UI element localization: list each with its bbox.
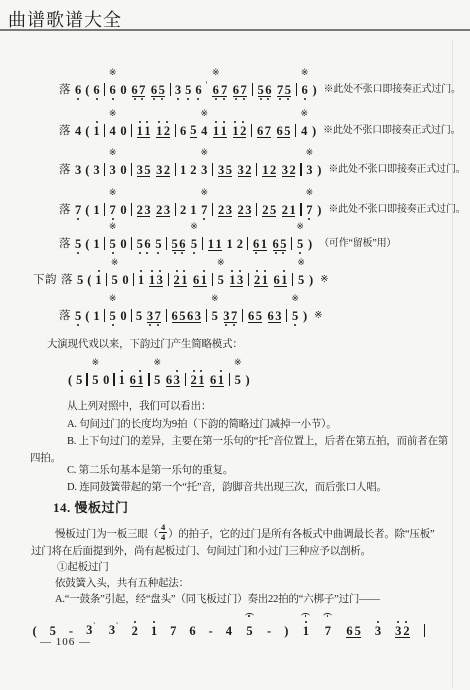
octave-dot-below-slot <box>197 97 199 101</box>
note: 3 <box>75 148 81 181</box>
octave-dot-above <box>166 121 168 123</box>
octave-dot-above <box>140 270 142 272</box>
note-digit: 3 <box>137 163 143 177</box>
note-digit: 1 <box>93 124 99 138</box>
note: 1 <box>198 358 204 391</box>
beam-group: 25 <box>261 188 277 221</box>
octave-dot-below-slot <box>299 251 301 255</box>
reference-mark: ※ <box>109 222 117 233</box>
note-digit: 0 <box>120 124 126 138</box>
octave-dot-below <box>223 98 225 100</box>
octave-dot-below <box>146 252 148 254</box>
note-digit: 3 <box>375 624 381 638</box>
note: 1 <box>144 109 150 142</box>
note: ) <box>284 609 288 642</box>
note-digit: 5 <box>112 273 118 287</box>
note: ※7 <box>109 188 117 221</box>
beam-group: 65 <box>272 222 288 255</box>
note-digit: 1 <box>229 273 235 287</box>
note-digit: 7 <box>155 309 161 323</box>
barline <box>166 237 167 250</box>
octave-dot-below <box>177 98 179 100</box>
note-digit: ( <box>85 163 89 177</box>
note: 5 <box>75 222 81 255</box>
note-digit: 1 <box>221 124 227 138</box>
barline <box>229 373 230 386</box>
note-digit: 6 <box>195 83 201 97</box>
note: 1 <box>190 188 196 221</box>
note-digit: 2 <box>164 163 170 177</box>
barline <box>175 163 176 176</box>
octave-dot-below <box>149 324 151 326</box>
note: 2 <box>174 258 180 291</box>
paragraph-manban-line1: 慢板过门为一板三眼（ 4 4 ）的拍子，它的过门是所有各板式中曲调最长者。除“压… <box>55 524 434 544</box>
note: 5 <box>179 294 185 327</box>
note-digit: 1 <box>303 624 309 638</box>
note-digit: 6 <box>277 124 283 138</box>
octave-dot-below-slot <box>141 97 143 101</box>
note: 6 <box>130 358 136 391</box>
note: 6 <box>233 68 239 101</box>
octave-dot-below-slot <box>215 97 217 101</box>
note-digit: ) <box>312 124 316 138</box>
note: 7 <box>75 188 81 221</box>
barline-token <box>170 68 171 101</box>
beam-group: 35 <box>136 148 152 181</box>
notation-line-luo4: 落4(1※40111265※411126765※4)※此处不张口即接奏正式过门。 <box>57 108 462 142</box>
note-digit: 1 <box>119 373 125 387</box>
octave-dot-above <box>139 121 141 123</box>
octave-dot-above <box>405 621 407 623</box>
barline-token <box>104 109 105 142</box>
text-item-b-line2: 四拍。 <box>30 452 61 466</box>
reference-mark: ※ <box>217 258 225 269</box>
barline <box>104 83 105 96</box>
octave-dot-above <box>98 270 100 272</box>
note: 1 <box>93 188 99 221</box>
beam-group: 67 <box>131 68 147 101</box>
note: 0 <box>103 358 109 391</box>
note-digit: 2 <box>164 124 170 138</box>
note-digit: 3 <box>226 203 232 217</box>
barline <box>212 163 213 176</box>
note: 1 <box>149 258 155 291</box>
note: 1 <box>93 109 99 142</box>
beam-group: 21 <box>190 358 206 391</box>
octave-dot-below-slot <box>255 251 257 255</box>
note-digit: 3 <box>218 163 224 177</box>
notation-text: 落 <box>59 203 71 217</box>
note: 2 <box>262 188 268 221</box>
note: ) <box>246 358 250 391</box>
reference-mark: ※ <box>234 358 242 369</box>
octave-dot-above <box>215 121 217 123</box>
note: 2 <box>245 148 251 181</box>
reference-mark: ※ <box>296 222 304 233</box>
barline <box>212 273 213 286</box>
beam-group: 21 <box>173 258 189 291</box>
note-digit: 7 <box>201 203 207 217</box>
octave-dot-below-slot <box>193 251 195 255</box>
note: ※3 <box>201 148 209 181</box>
barline-token <box>185 358 186 391</box>
barline-token <box>212 258 213 291</box>
note-digit: 5 <box>226 163 232 177</box>
note: 0 <box>120 222 126 255</box>
note-digit: 0 <box>120 83 126 97</box>
note-digit: 5 <box>218 273 224 287</box>
note-digit: 1 <box>180 163 186 177</box>
note: 7 <box>170 609 176 642</box>
octave-dot-below-slot <box>112 217 114 221</box>
barline <box>300 203 301 216</box>
note: 6 <box>273 258 279 291</box>
notation-label: 落 <box>59 68 71 101</box>
note: 3 <box>164 188 170 221</box>
note-digit: ( <box>33 624 37 638</box>
note: 2 <box>237 222 243 255</box>
barline <box>185 373 186 386</box>
note: 3 <box>174 358 180 391</box>
note-digit: 1 <box>137 373 143 387</box>
note-digit: ) <box>309 273 313 287</box>
note: 3 <box>147 294 153 327</box>
octave-dot-below <box>77 98 79 100</box>
octave-dot-below <box>187 98 189 100</box>
note: ※6 <box>212 68 220 101</box>
barline <box>300 163 301 176</box>
note-digit: 1 <box>137 124 143 138</box>
note: 1 <box>181 258 187 291</box>
note-digit: ' <box>206 78 208 92</box>
notation-text: （可作“留板”用） <box>319 237 396 251</box>
octave-dot-below-slot <box>304 97 306 101</box>
note-digit: 1 <box>227 237 233 251</box>
notation-label: ※ <box>317 258 328 291</box>
barline <box>242 309 243 322</box>
note: 5 <box>285 68 291 101</box>
octave-dot-below-slot <box>112 323 114 327</box>
barline <box>286 309 287 322</box>
beam-group: 23 <box>155 188 171 221</box>
octave-dot-above <box>121 370 123 372</box>
reference-mark: ※ <box>291 294 299 305</box>
octave-dot-above <box>305 621 307 623</box>
beam-group: 32 <box>281 148 297 181</box>
slide-tick: ˋ <box>116 621 119 631</box>
octave-dot-below-slot <box>146 251 148 255</box>
note-digit: 7 <box>325 624 331 638</box>
barline-token <box>292 258 293 291</box>
barline <box>166 309 167 322</box>
octave-dot-below <box>299 252 301 254</box>
barline <box>131 163 132 176</box>
note: 5 <box>256 294 262 327</box>
note: 3 <box>275 294 281 327</box>
barline-token <box>166 222 167 255</box>
note-digit: 6 <box>180 124 186 138</box>
note-digit: 0 <box>103 373 109 387</box>
note-digit: 2 <box>282 203 288 217</box>
note-digit: 3 <box>157 273 163 287</box>
note: 3 <box>282 148 288 181</box>
beam-group: 21 <box>253 258 269 291</box>
note: ) <box>309 258 313 291</box>
note: 3 <box>238 148 244 181</box>
note-digit: 1 <box>262 273 268 287</box>
octave-dot-below-slot <box>177 97 179 101</box>
note: 1 <box>218 358 224 391</box>
barline-token <box>247 222 248 255</box>
note: 5 <box>190 108 196 142</box>
beam-group: 32 <box>394 609 411 642</box>
barline-token <box>131 222 132 255</box>
barline <box>104 163 105 176</box>
note: 6 <box>189 609 195 642</box>
octave-dot-below <box>157 324 159 326</box>
note: 3 <box>195 294 201 327</box>
barline <box>104 309 105 322</box>
reference-mark: ※ <box>154 358 162 369</box>
note: 1 <box>221 109 227 142</box>
note-digit: - <box>267 624 271 638</box>
note-digit: 6 <box>110 83 116 97</box>
octave-dot-below <box>141 98 143 100</box>
barline-token <box>206 294 207 327</box>
note: 2 <box>282 188 288 221</box>
beam-group: 11 <box>136 109 152 142</box>
octave-dot-above <box>159 270 161 272</box>
note-digit: 5 <box>137 237 143 251</box>
note-digit: 5 <box>235 373 241 387</box>
note: ( <box>87 258 91 291</box>
octave-dot-below <box>308 218 310 220</box>
note-digit: 3 <box>245 203 251 217</box>
note: 1 <box>93 294 99 327</box>
note: ( <box>85 294 89 327</box>
note: 0 <box>120 109 126 142</box>
barline <box>248 273 249 286</box>
note-digit: 4 <box>110 124 116 138</box>
octave-dot-below-slot <box>96 97 98 101</box>
barline-token <box>300 148 301 181</box>
octave-dot-above <box>264 270 266 272</box>
notation-label: 下韵 <box>33 258 57 291</box>
note-digit: ) <box>317 163 321 177</box>
slide-tick: ˋ <box>93 621 96 631</box>
octave-dot-above <box>139 370 141 372</box>
text-item-b-line1: B. 上下句过门的差异，主要在第一乐句的“托”音位置上，后者在第五拍，而前者在第 <box>67 435 448 449</box>
barline <box>133 273 134 286</box>
note-digit: ( <box>85 237 89 251</box>
note-digit: 2 <box>218 203 224 217</box>
note: 5 <box>50 609 56 642</box>
text-yigu-intro: 依鼓簧入头，共有五种起法： <box>55 577 189 591</box>
note: 3 <box>223 294 229 327</box>
note: 5 <box>257 68 263 101</box>
note: 5 <box>172 222 178 255</box>
barline-token <box>252 68 253 101</box>
note-digit: ( <box>68 373 72 387</box>
note: ) <box>317 188 321 221</box>
octave-dot-above <box>153 621 155 623</box>
notation-label: 落 <box>59 222 71 255</box>
note-digit: 3 <box>395 624 401 638</box>
note-digit: 2 <box>245 163 251 177</box>
note-digit: 5 <box>270 203 276 217</box>
octave-dot-below-slot <box>294 323 296 327</box>
beam-group: ※67 <box>211 68 228 101</box>
reference-mark: ※ <box>301 68 309 79</box>
note: ※4 <box>300 109 308 142</box>
note: 1 <box>151 609 157 642</box>
note: 6 <box>257 109 263 142</box>
note-digit: 5 <box>297 237 303 251</box>
note-digit: 6 <box>144 237 150 251</box>
note-digit: 5 <box>257 83 263 97</box>
octave-dot-below-slot <box>223 97 225 101</box>
note: 2 <box>190 148 196 181</box>
note: 5 <box>284 109 290 142</box>
note-digit: 1 <box>190 203 196 217</box>
octave-dot-above <box>234 121 236 123</box>
note-digit: 3 <box>156 163 162 177</box>
notation-label: 落 <box>59 294 71 327</box>
note-digit: ) <box>284 624 288 638</box>
barline-token <box>131 148 132 181</box>
note-digit: 2 <box>191 373 197 387</box>
octave-dot-below-slot <box>181 251 183 255</box>
octave-dot-below-slot <box>157 323 159 327</box>
octave-dot-below <box>243 98 245 100</box>
note-digit: 2 <box>137 203 143 217</box>
barline <box>424 624 425 637</box>
note: 6 <box>131 68 137 101</box>
note: 3 <box>137 148 143 181</box>
notation-label: 落 <box>59 109 71 142</box>
beam-group: 35 <box>217 148 233 181</box>
beam-group: 21 <box>281 188 297 221</box>
notation-text: 下韵 <box>33 273 57 287</box>
reference-mark: ※ <box>201 188 209 199</box>
note-digit: 5 <box>355 624 361 638</box>
notation-text: 落 <box>59 163 71 177</box>
note-digit: 5 <box>185 83 191 97</box>
octave-dot-above <box>151 270 153 272</box>
note: 3 <box>237 258 243 291</box>
note: ※7 <box>306 188 314 221</box>
notation-line-simplified: (5※50161※5632161※5) <box>66 358 252 391</box>
note-digit: 3 <box>223 309 229 323</box>
note: ※5 <box>111 258 119 291</box>
note: 1 <box>289 188 295 221</box>
note-digit: 6 <box>248 309 254 323</box>
barline-token <box>104 188 105 221</box>
octave-dot-above <box>158 121 160 123</box>
reference-mark: ※ <box>306 148 314 159</box>
note: 3 <box>375 609 381 642</box>
note-digit: 3 <box>110 163 116 177</box>
fermata-mark <box>301 609 310 620</box>
beam-group: 23 <box>217 188 233 221</box>
notation-label: ※此处不张口即接奏正式过门。 <box>325 188 465 221</box>
reference-mark: ※ <box>111 258 119 269</box>
octave-dot-above <box>256 270 258 272</box>
barline <box>212 203 213 216</box>
note-digit: 6 <box>233 83 239 97</box>
notation-line-luo5-liuban: 落5(1※5056556※511126165※5)（可作“留板”用） <box>57 222 398 255</box>
beam-group: 65 <box>150 68 166 101</box>
note: 1 <box>227 222 233 255</box>
note-digit: ) <box>308 237 312 251</box>
note: 5 <box>355 609 361 642</box>
note-digit: 3 <box>195 309 201 323</box>
text-item-d: D. 连同鼓簧带起的第一个“托”音，韵脚音共出现三次，而后张口人唱。 <box>67 481 387 495</box>
beam-group: 23 <box>237 188 253 221</box>
octave-dot-below-slot <box>112 97 114 101</box>
note-digit: 3 <box>306 163 312 177</box>
note: 7 <box>323 609 332 642</box>
octave-dot-below <box>275 252 277 254</box>
octave-dot-below <box>233 324 235 326</box>
note-digit: 5 <box>154 373 160 387</box>
note-digit: 1 <box>281 273 287 287</box>
octave-dot-below <box>235 98 237 100</box>
note-digit: 2 <box>237 237 243 251</box>
note-digit: ( <box>85 309 89 323</box>
note-digit: 4 <box>75 124 81 138</box>
note-digit: 1 <box>213 124 219 138</box>
note-digit: 0 <box>120 203 126 217</box>
note: 5 <box>137 222 143 255</box>
notation-text: ※此处不张口即接奏正式过门。 <box>328 163 465 177</box>
octave-dot-below <box>77 252 79 254</box>
note: 1 <box>262 148 268 181</box>
note: ※5 <box>234 358 242 391</box>
barline <box>291 237 292 250</box>
note-digit: 5 <box>75 309 81 323</box>
barline-token <box>175 109 176 142</box>
note: 7 <box>155 294 161 327</box>
note: 1 <box>216 222 222 255</box>
note: 2 <box>164 109 170 142</box>
note: ※7 <box>201 188 209 221</box>
note: 2 <box>289 148 295 181</box>
note-digit: - <box>209 624 213 638</box>
note-digit: 7 <box>170 624 176 638</box>
notation-label: ※此处不张口即接奏正式过门。 <box>320 109 460 142</box>
barline-token <box>131 294 132 327</box>
note-digit: 6 <box>75 83 81 97</box>
octave-dot-below-slot <box>77 323 79 327</box>
note: 3ˋ <box>109 608 119 642</box>
note: ( <box>33 609 37 642</box>
note-digit: 1 <box>198 373 204 387</box>
note: 3 <box>245 188 251 221</box>
note-digit: ) <box>317 203 321 217</box>
octave-dot-below <box>77 218 79 220</box>
beam-group: 67 <box>232 68 248 101</box>
note-digit: 7 <box>75 203 81 217</box>
octave-dot-below-slot <box>275 251 277 255</box>
reference-mark: ※ <box>300 109 308 120</box>
notation-line-liubangzi: (5-3ˋ3ˋ2176-45-)1765332 <box>26 608 431 642</box>
octave-dot-below <box>153 98 155 100</box>
manban-pre-text: 慢板过门为一板三眼（ <box>55 526 158 541</box>
note: 2 <box>270 148 276 181</box>
note: ※5 <box>109 294 117 327</box>
manban-post-text: ）的拍子，它的过门是所有各板式中曲调最长者。除“压板” <box>168 526 434 541</box>
